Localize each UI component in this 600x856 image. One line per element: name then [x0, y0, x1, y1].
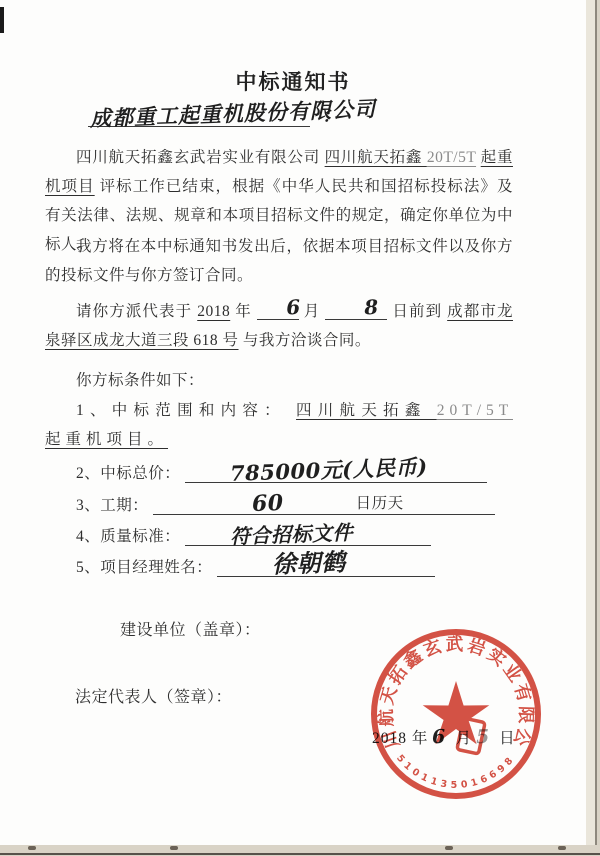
item1-value-tail: 起重机项目。: [45, 431, 168, 448]
item2-label: 2、中标总价：: [76, 465, 180, 482]
legal-rep-signature-label: 法定代表人（签章）：: [75, 684, 232, 707]
scanned-document-page: 中标通知书 成都重工起重机股份有限公司 ： 四川航天拓鑫玄武岩实业有限公司 四川…: [0, 0, 600, 856]
paragraph3-month-blank: 6: [257, 299, 299, 320]
paragraph3-month-unit: 月: [304, 303, 321, 320]
addressee-colon: ：: [322, 102, 341, 129]
scan-bottom-edge-line: [0, 853, 600, 855]
paragraph3-year-unit: 年: [235, 303, 252, 320]
item-scope: 1、中标范围和内容： 四川航天拓鑫 20T/5T 起重机项目。: [45, 396, 513, 454]
item4-label: 4、质量标准：: [76, 528, 180, 545]
item1-value-name: 四川航天拓鑫: [296, 402, 437, 419]
paragraph3-month-handwritten: 6: [254, 293, 301, 324]
company-seal: 四川航天拓鑫玄武岩实业有限公司 5101135016698: [366, 624, 546, 804]
item3-unit: 日历天: [325, 491, 404, 513]
item3-underline: 60 日历天: [153, 492, 495, 515]
paragraph1-project-name: 四川航天拓鑫: [325, 149, 427, 166]
addressee-line: 成都重工起重机股份有限公司 ：: [88, 96, 340, 128]
paragraph1-project-spec: 20T/5T: [427, 149, 476, 166]
item5-value-handwritten: 徐朝鹤: [240, 542, 346, 581]
scan-speck: [28, 846, 36, 850]
item3-value-handwritten: 60: [220, 490, 283, 518]
page-title: 中标通知书: [0, 66, 586, 96]
item3-label: 3、工期：: [76, 497, 148, 514]
paragraph3-lead: 请你方派代表于: [76, 303, 197, 320]
builder-signature-label: 建设单位（盖章）：: [120, 617, 261, 640]
item-total-price: 2、中标总价： 785000元(人民币): [45, 460, 487, 483]
scan-speck: [170, 846, 178, 850]
item1-label: 1、中标范围和内容：: [76, 402, 286, 419]
paragraph3-year: 2018: [197, 303, 230, 320]
paragraph-contract-signing: 我方将在本中标通知书发出后，依据本项目招标文件以及你方的投标文件与你方签订合同。: [45, 232, 513, 290]
item2-value-handwritten: 785000元(人民币): [198, 451, 427, 489]
paragraph3-tail: 与我方洽谈合同。: [243, 332, 371, 349]
seal-star-icon: [423, 681, 490, 744]
item1-value-spec: 20T/5T: [437, 402, 513, 419]
paragraph3-day-unit: 日前到: [392, 303, 447, 320]
paragraph3-day-blank: 8: [325, 299, 387, 320]
addressee-underline: 成都重工起重机股份有限公司: [88, 96, 310, 127]
item-project-manager: 5、项目经理姓名： 徐朝鹤: [45, 554, 435, 577]
item-duration: 3、工期： 60 日历天: [45, 492, 495, 515]
paragraph1-lead: 四川航天拓鑫玄武岩实业有限公司: [76, 149, 320, 166]
item-quality-standard: 4、质量标准： 符合招标文件: [45, 523, 431, 546]
paragraph-meeting-date: 请你方派代表于 2018 年 6 月 8 日前到 成都市龙泉驿区成龙大道三段 6…: [45, 297, 513, 355]
item5-underline: 徐朝鹤: [217, 554, 435, 577]
scan-speck: [558, 846, 566, 850]
scan-speck: [445, 846, 453, 850]
paragraph3-day-handwritten: 8: [333, 293, 380, 324]
conditions-intro: 你方标条件如下：: [45, 366, 513, 395]
item2-underline: 785000元(人民币): [185, 460, 487, 483]
item5-label: 5、项目经理姓名：: [76, 559, 212, 576]
scan-corner-mark: [0, 7, 4, 33]
